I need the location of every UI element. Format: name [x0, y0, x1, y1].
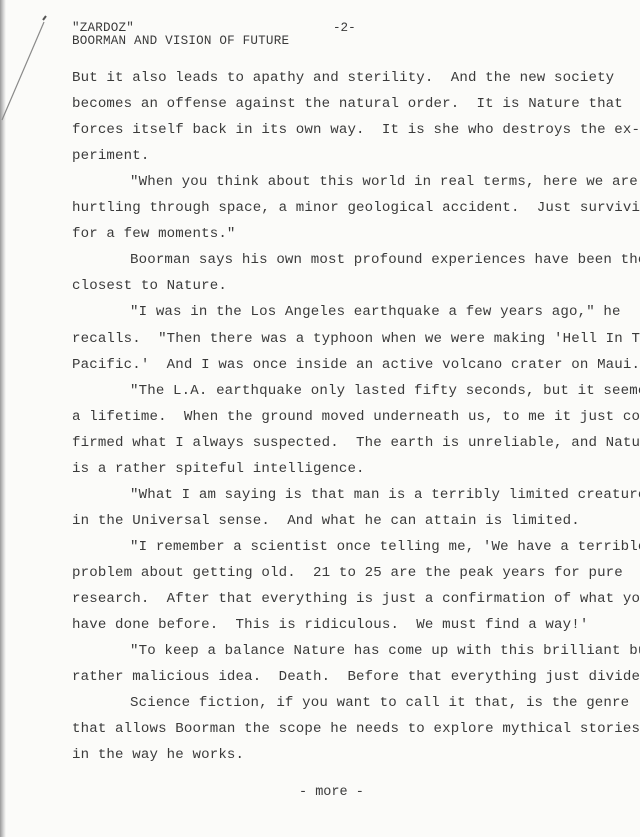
text-line: Boorman says his own most profound exper…: [130, 252, 640, 268]
text-line: "What I am saying is that man is a terri…: [130, 487, 640, 503]
text-line: recalls. "Then there was a typhoon when …: [72, 331, 640, 347]
text-line: forces itself back in its own way. It is…: [72, 122, 640, 138]
text-line: is a rather spiteful intelligence.: [72, 461, 365, 477]
text-line: hurtling through space, a minor geologic…: [72, 200, 640, 216]
text-line: closest to Nature.: [72, 278, 227, 294]
text-line: "The L.A. earthquake only lasted fifty s…: [130, 383, 640, 399]
text-line: Science fiction, if you want to call it …: [130, 695, 629, 711]
continuation-marker: - more -: [299, 785, 364, 800]
header-title: "ZARDOZ": [72, 21, 134, 35]
text-line: But it also leads to apathy and sterilit…: [72, 70, 614, 86]
page-number: -2-: [333, 21, 356, 35]
text-line: "To keep a balance Nature has come up wi…: [130, 643, 640, 659]
pen-mark: [0, 0, 60, 130]
text-line: have done before. This is ridiculous. We…: [72, 617, 588, 633]
text-line: in the Universal sense. And what he can …: [72, 513, 580, 529]
text-line: in the way he works.: [72, 747, 244, 763]
text-line: periment.: [72, 148, 149, 164]
text-line: rather malicious idea. Death. Before tha…: [72, 669, 640, 685]
text-line: for a few moments.": [72, 226, 236, 242]
text-line: Pacific.' And I was once inside an activ…: [72, 357, 640, 373]
text-line: that allows Boorman the scope he needs t…: [72, 721, 640, 737]
text-line: "When you think about this world in real…: [130, 174, 638, 190]
text-line: firmed what I always suspected. The eart…: [72, 435, 640, 451]
text-line: becomes an offense against the natural o…: [72, 96, 623, 112]
text-line: a lifetime. When the ground moved undern…: [72, 409, 640, 425]
text-line: problem about getting old. 21 to 25 are …: [72, 565, 623, 581]
header-subtitle: BOORMAN AND VISION OF FUTURE: [72, 34, 289, 48]
text-line: "I remember a scientist once telling me,…: [130, 539, 640, 555]
text-line: research. After that everything is just …: [72, 591, 640, 607]
text-line: "I was in the Los Angeles earthquake a f…: [130, 304, 621, 320]
